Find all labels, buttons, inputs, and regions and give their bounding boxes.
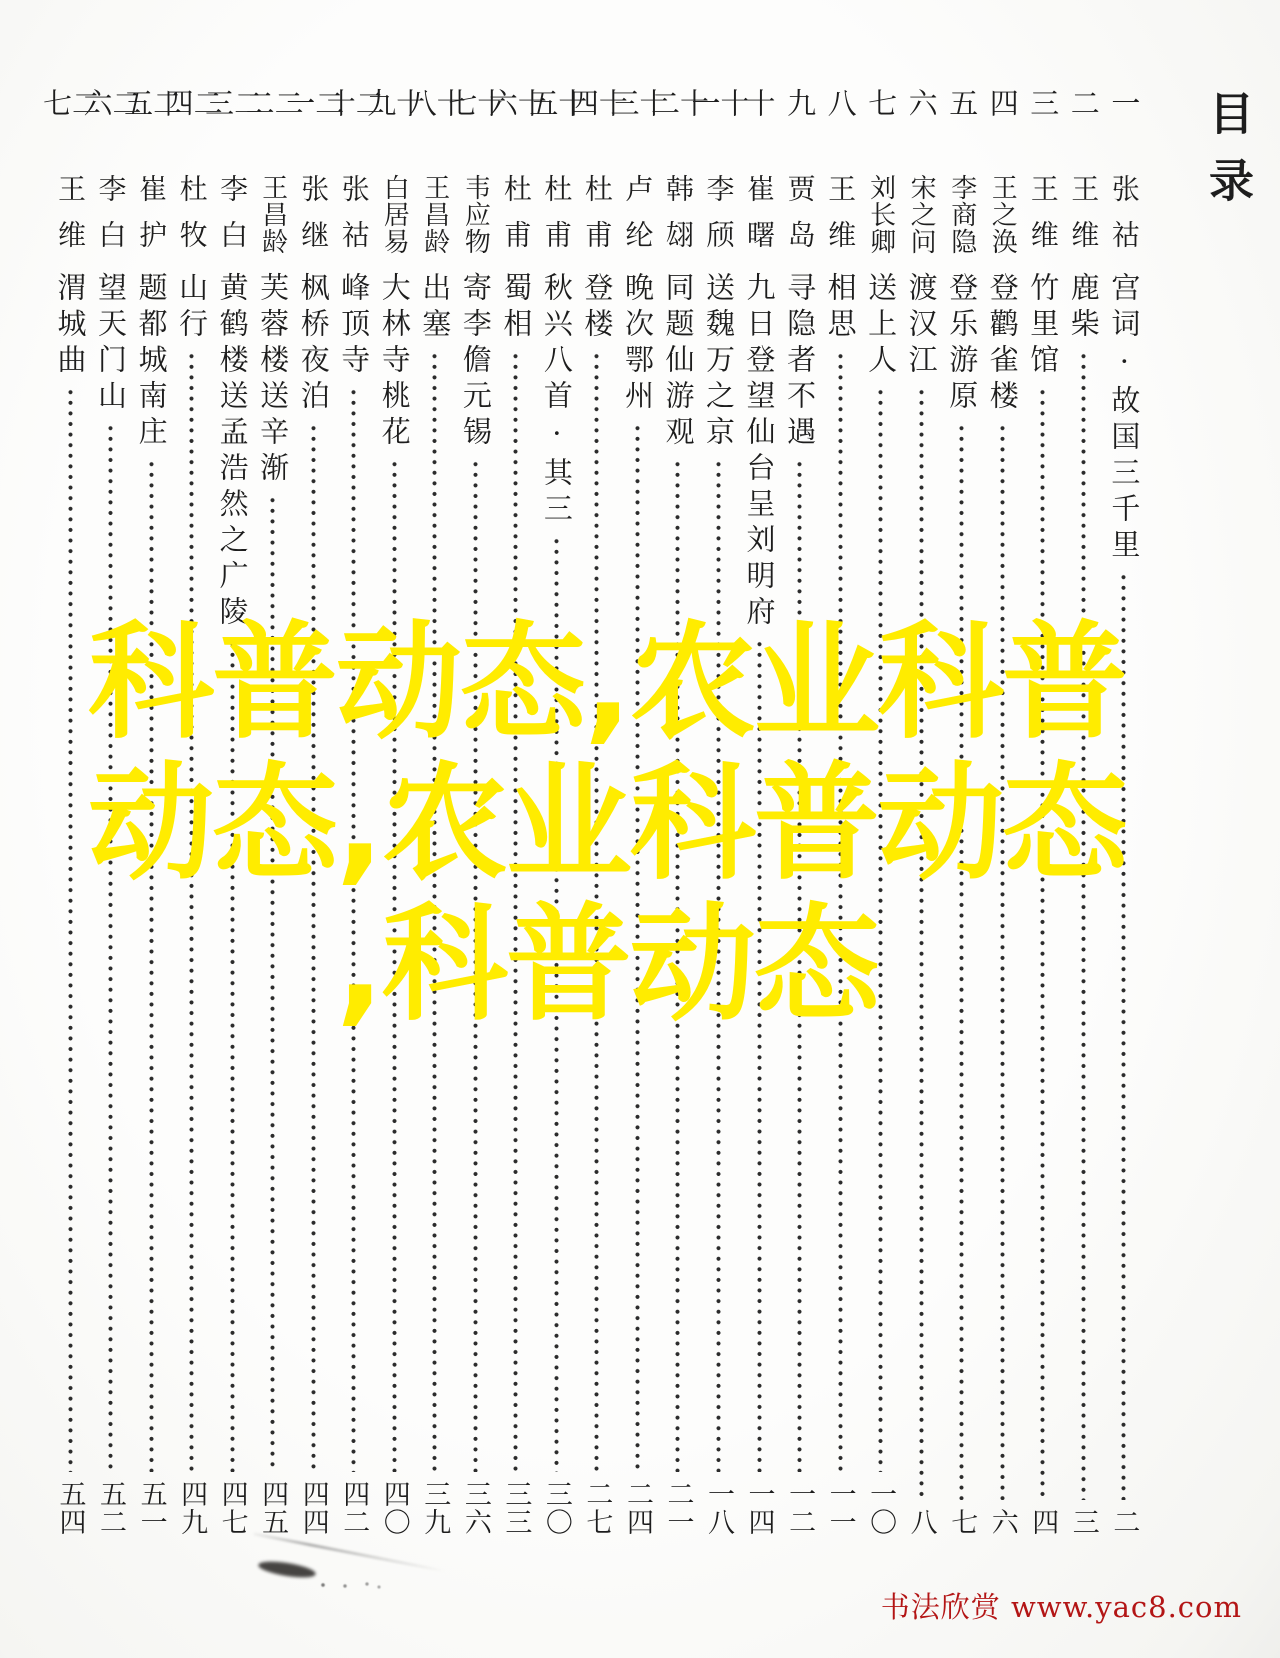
entry-author: 崔护 xyxy=(137,174,165,272)
entry-page: 三三 xyxy=(502,1480,529,1536)
entry-title: 题都城南庄 xyxy=(137,272,166,452)
entry-page: 三六 xyxy=(462,1480,489,1536)
entry-number: 八 xyxy=(826,88,855,174)
watermark-line: 动态,农业科普动态 xyxy=(0,753,1214,894)
entry-page: 五一 xyxy=(138,1480,165,1536)
entry-title: 鹿柴 xyxy=(1069,272,1098,344)
entry-page: 四五 xyxy=(259,1480,286,1536)
entry-author: 王维 xyxy=(56,174,84,272)
entry-page: 三 xyxy=(1070,1508,1097,1536)
entry-title: 宫词·故国三千里 xyxy=(1109,272,1138,565)
entry-title: 渭城曲 xyxy=(56,272,85,380)
entry-author: 李商隐 xyxy=(949,174,975,272)
entry-title: 登乐游原 xyxy=(947,272,976,416)
site-watermark: 书法欣赏 www.yac8.com xyxy=(881,1585,1242,1626)
entry-author: 王维 xyxy=(1069,174,1097,272)
entry-title: 九日登望仙台呈刘明府 xyxy=(745,272,774,632)
entry-title: 大林寺桃花 xyxy=(380,272,409,452)
scan-smudge-mark xyxy=(257,1559,316,1581)
entry-title: 晚次鄂州 xyxy=(623,272,652,416)
entry-page: 五四 xyxy=(57,1480,84,1536)
entry-number: 九 xyxy=(785,88,814,174)
entry-author: 杜甫 xyxy=(583,174,611,272)
entry-title: 出塞 xyxy=(420,272,449,344)
watermark-line: ,科普动态 xyxy=(0,894,1214,1035)
entry-number: 六 xyxy=(907,88,936,174)
entry-page: 三〇 xyxy=(543,1480,570,1536)
entry-title: 寄李儋元锡 xyxy=(461,272,490,452)
entry-author: 贾岛 xyxy=(786,174,814,272)
entry-page: 六 xyxy=(989,1508,1016,1536)
entry-title: 望天门山 xyxy=(96,272,125,416)
entry-page: 四 xyxy=(1029,1508,1056,1536)
entry-author: 韩翃 xyxy=(664,174,692,272)
entry-author: 韦应物 xyxy=(462,174,488,272)
entry-author: 王维 xyxy=(826,174,854,272)
entry-title: 秋兴八首·其三 xyxy=(542,272,571,529)
entry-author: 杜甫 xyxy=(502,174,530,272)
entry-author: 王昌龄 xyxy=(422,174,448,272)
entry-author: 宋之问 xyxy=(908,174,934,272)
entry-number: 四 xyxy=(988,88,1017,174)
entry-title: 渡汉江 xyxy=(907,272,936,380)
entry-title: 黄鹤楼送孟浩然之广陵 xyxy=(218,272,247,632)
entry-author: 杜牧 xyxy=(178,174,206,272)
entry-number: 十 xyxy=(745,88,774,174)
book-page: 目录 一 张祜 宫词·故国三千里 二 二 王维 鹿柴 三 三 王维 竹里馆 四 … xyxy=(0,0,1280,1658)
entry-author: 李白 xyxy=(97,174,125,272)
entry-author: 崔曙 xyxy=(745,174,773,272)
entry-page: 五二 xyxy=(97,1480,124,1536)
entry-author: 王昌龄 xyxy=(260,174,286,272)
entry-page: 一八 xyxy=(705,1480,732,1536)
entry-number: 七 xyxy=(866,88,895,174)
entry-author: 杜甫 xyxy=(542,174,570,272)
entry-page: 四七 xyxy=(219,1480,246,1536)
entry-title: 枫桥夜泊 xyxy=(299,272,328,416)
entry-page: 一四 xyxy=(746,1480,773,1536)
entry-page: 四〇 xyxy=(381,1480,408,1536)
entry-title: 登楼 xyxy=(582,272,611,344)
entry-page: 二七 xyxy=(583,1480,610,1536)
entry-page: 八 xyxy=(908,1508,935,1536)
entry-author: 卢纶 xyxy=(623,174,651,272)
entry-number: 三 xyxy=(1028,88,1057,174)
entry-page: 一二 xyxy=(786,1480,813,1536)
entry-title: 蜀相 xyxy=(501,272,530,344)
entry-number: 五 xyxy=(947,88,976,174)
entry-page: 四九 xyxy=(178,1480,205,1536)
entry-page: 一一 xyxy=(827,1480,854,1536)
entry-page: 二四 xyxy=(624,1480,651,1536)
entry-author: 李颀 xyxy=(705,174,733,272)
entry-author: 刘长卿 xyxy=(868,174,894,272)
entry-author: 张祜 xyxy=(340,174,368,272)
entry-title: 相思 xyxy=(826,272,855,344)
entry-author: 王维 xyxy=(1029,174,1057,272)
entry-title: 寻隐者不遇 xyxy=(785,272,814,452)
entry-author: 李白 xyxy=(218,174,246,272)
entry-author: 白居易 xyxy=(381,174,407,272)
watermark-line: 科普动态,农业科普 xyxy=(0,612,1214,753)
entry-title: 山行 xyxy=(177,272,206,344)
entry-title: 送上人 xyxy=(866,272,895,380)
entry-number: 一 xyxy=(1109,88,1138,174)
scan-smudge-specks xyxy=(315,1581,385,1589)
entry-title: 送魏万之京 xyxy=(704,272,733,452)
entry-page: 七 xyxy=(948,1508,975,1536)
entry-page: 四四 xyxy=(300,1480,327,1536)
entry-page: 四二 xyxy=(340,1480,367,1536)
entry-title: 竹里馆 xyxy=(1028,272,1057,380)
entry-title: 同题仙游观 xyxy=(663,272,692,452)
page-title: 目录 xyxy=(1205,90,1250,224)
entry-number: 二 xyxy=(1069,88,1098,174)
entry-page: 二一 xyxy=(664,1480,691,1536)
entry-page: 一〇 xyxy=(867,1480,894,1536)
watermark-overlay: 科普动态,农业科普动态,农业科普动态,科普动态 xyxy=(0,612,1214,1035)
entry-page: 二 xyxy=(1110,1508,1137,1536)
entry-page: 三九 xyxy=(421,1480,448,1536)
entry-title: 登鹳雀楼 xyxy=(988,272,1017,416)
entry-title: 峰顶寺 xyxy=(339,272,368,380)
entry-author: 张祜 xyxy=(1110,174,1138,272)
entry-author: 王之涣 xyxy=(989,174,1015,272)
entry-title: 芙蓉楼送辛渐 xyxy=(258,272,287,488)
entry-author: 张继 xyxy=(299,174,327,272)
